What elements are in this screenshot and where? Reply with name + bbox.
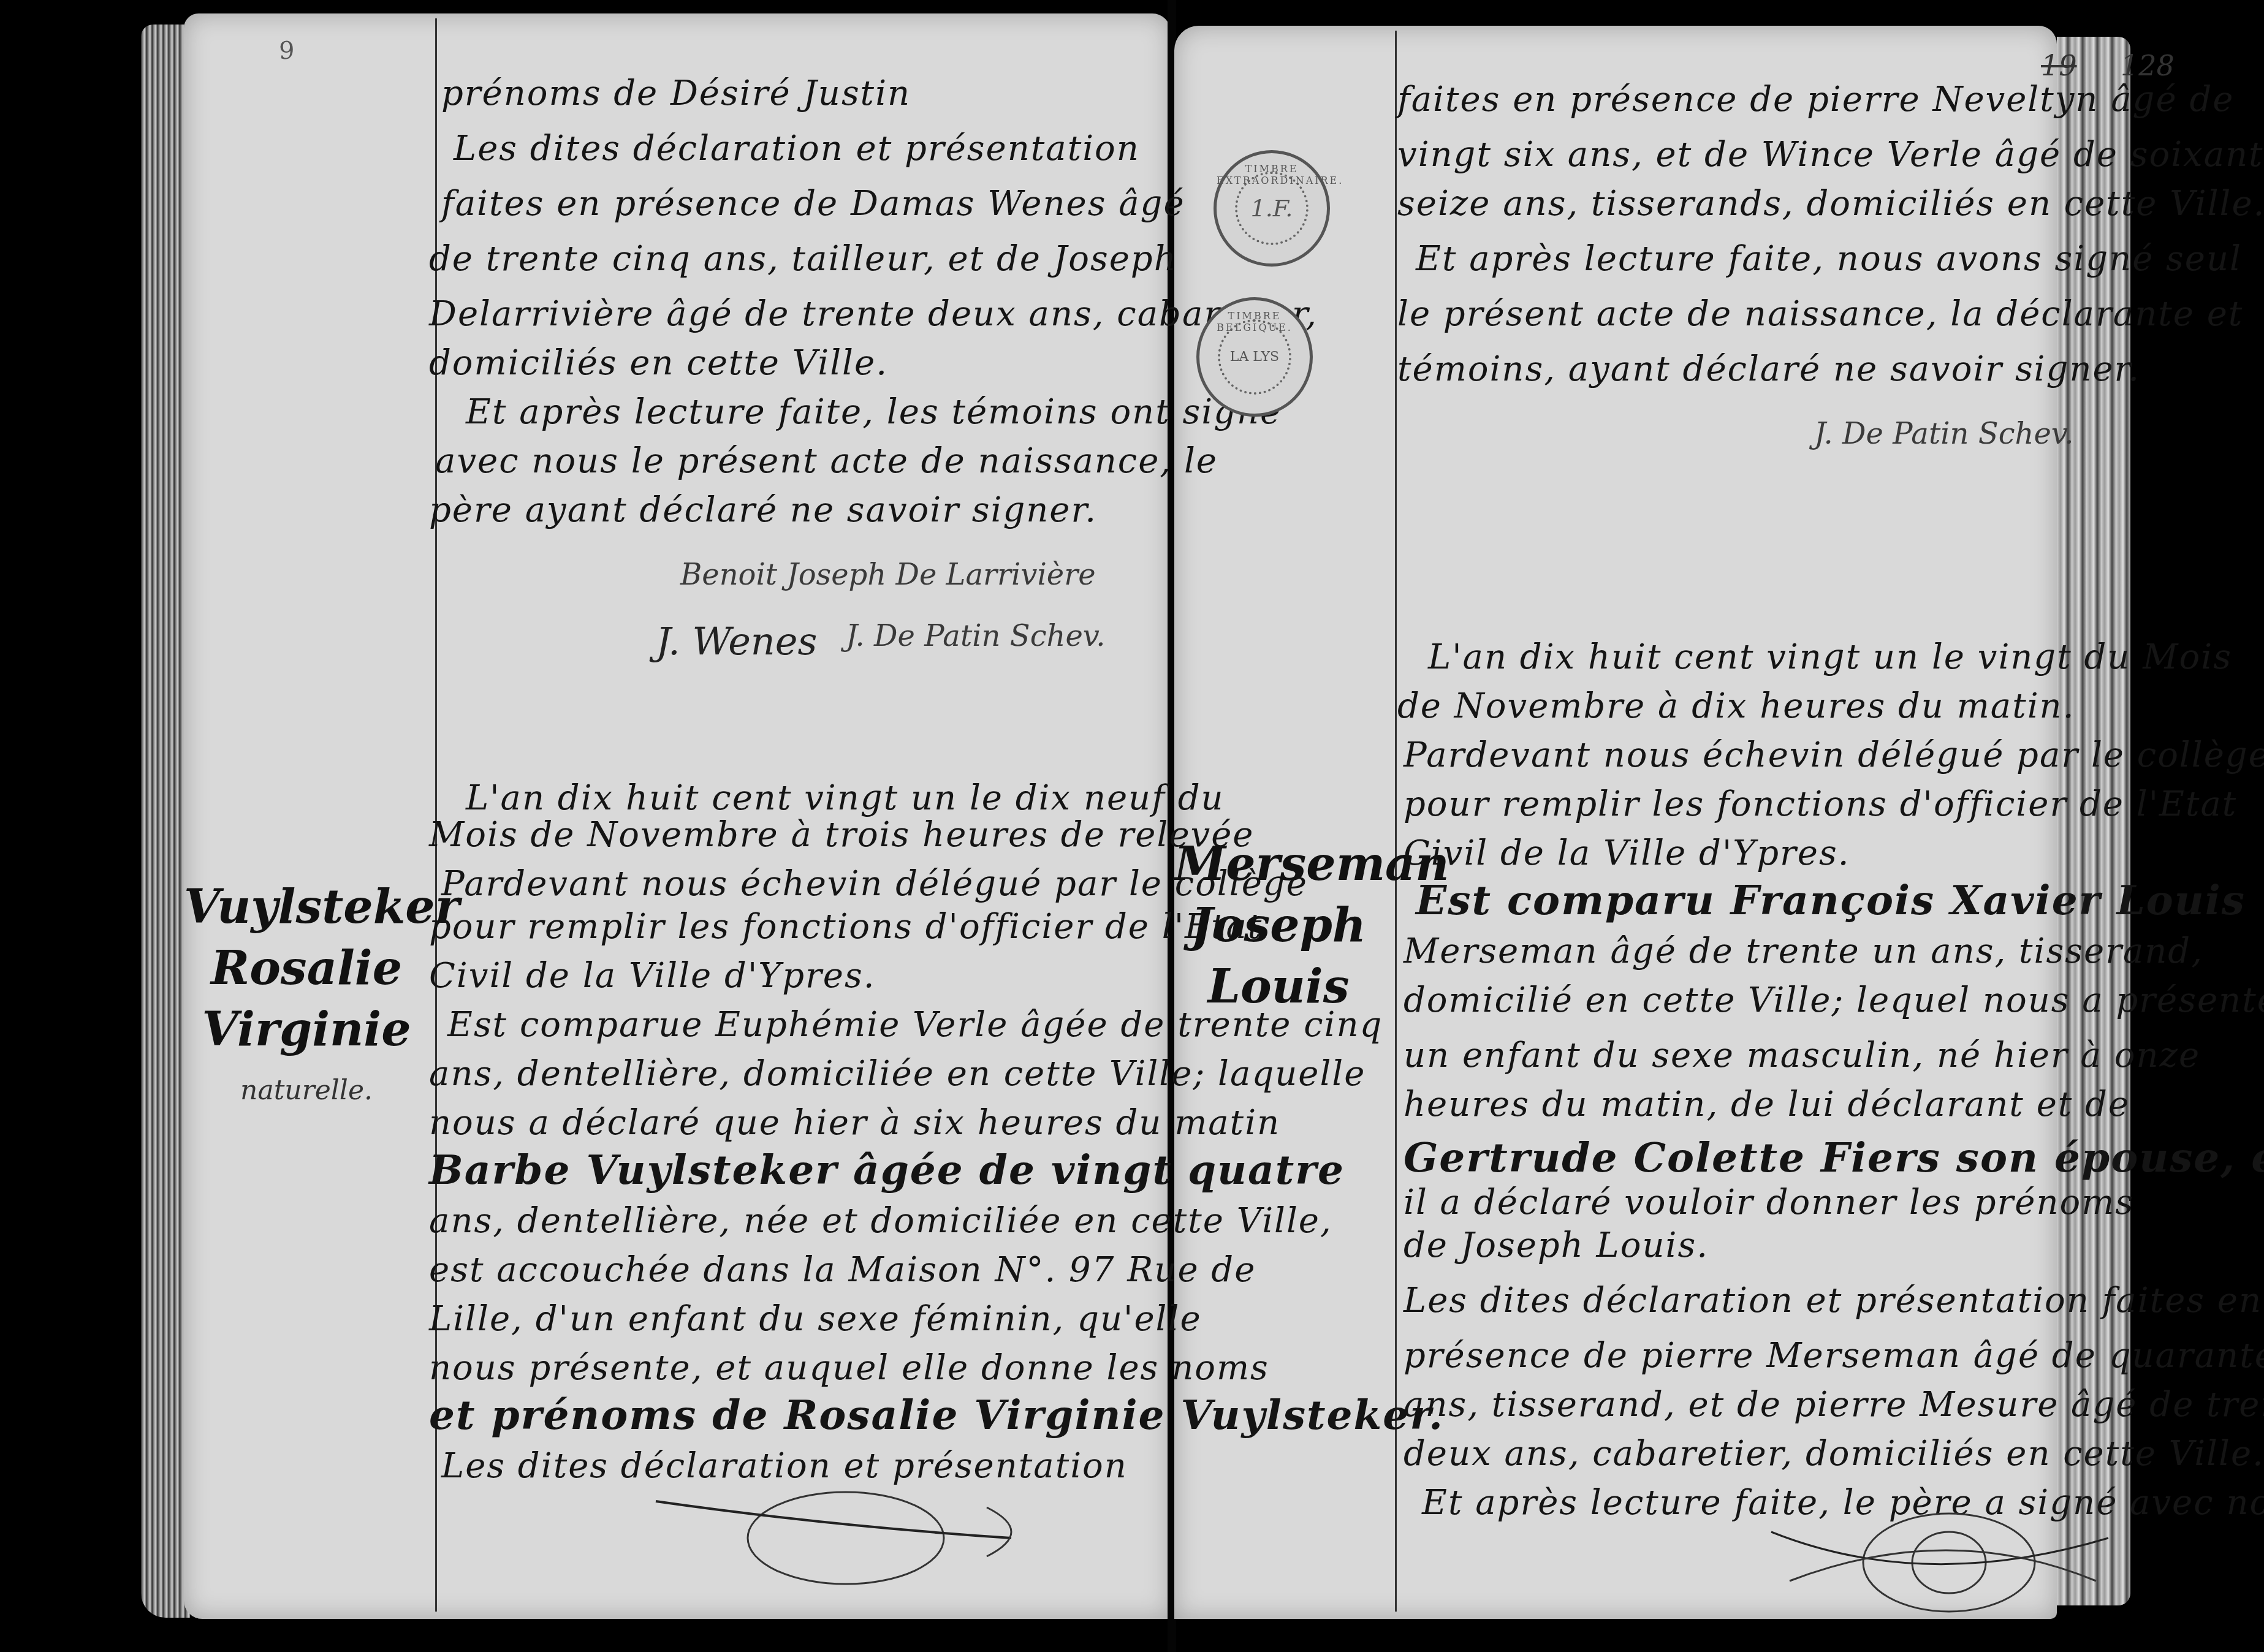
text-line: seize ans, tisserands, domiciliés en cet… [1397, 184, 2264, 224]
text-line: domicilié en cette Ville; lequel nous a … [1404, 980, 2264, 1020]
signature-official: J. De Patin Schev. [846, 619, 1106, 653]
tax-stamp-extraordinaire: TIMBRE EXTRAORDINAIRE. 1.F. [1214, 150, 1330, 267]
tax-stamp-belgique: TIMBRE BELGIQUE. LA LYS [1196, 297, 1313, 417]
text-line: père ayant déclaré ne savoir signer. [429, 490, 1097, 530]
stamp-value: LA LYS [1230, 349, 1279, 365]
book-page-edges-left [141, 25, 190, 1618]
text-line: pour remplir les fonctions d'officier de… [1404, 784, 2237, 824]
stamp-ring-text: TIMBRE EXTRAORDINAIRE. [1217, 163, 1327, 186]
text-line: faites en présence de Damas Wenes âgé [441, 184, 1185, 224]
text-line: Lille, d'un enfant du sexe féminin, qu'e… [429, 1299, 1202, 1339]
text-line: deux ans, cabaretier, domiciliés en cett… [1404, 1434, 2264, 1474]
text-line: nous présente, et auquel elle donne les … [429, 1348, 1269, 1388]
text-line: de Joseph Louis. [1404, 1226, 1709, 1265]
text-line: le présent acte de naissance, la déclara… [1397, 294, 2243, 334]
text-line: ans, dentellière, domiciliée en cette Vi… [429, 1054, 1366, 1094]
text-line: pour remplir les fonctions d'officier de… [429, 907, 1263, 947]
text-line: ans, tisserand, et de pierre Mesure âgé … [1404, 1385, 2264, 1425]
text-line: Mois de Novembre à trois heures de relev… [429, 815, 1254, 855]
text-line: Les dites déclaration et présentation fa… [1404, 1281, 2262, 1320]
stamp-value: 1.F. [1251, 195, 1293, 222]
pencil-mark: 9 [279, 37, 294, 65]
margin-name-entry-vuylsteker: Vuylsteker Rosalie Virginie naturelle. [184, 876, 429, 1121]
text-line: Civil de la Ville d'Ypres. [429, 956, 876, 996]
text-line: et prénoms de Rosalie Virginie Vuylsteke… [429, 1391, 1444, 1439]
signature-official: J. De Patin Schev. [1814, 417, 2074, 451]
text-line: faites en présence de pierre Neveltyn âg… [1397, 80, 2234, 119]
text-line: Les dites déclaration et présentation [454, 129, 1140, 169]
margin-name-entry-merseman: Merseman Joseph Louis [1174, 833, 1383, 1017]
text-line: nous a déclaré que hier à six heures du … [429, 1103, 1280, 1143]
text-line: témoins, ayant déclaré ne savoir signer. [1397, 349, 2140, 389]
signature-flourish [1765, 1495, 2133, 1630]
text-line: ans, dentellière, née et domiciliée en c… [429, 1201, 1332, 1241]
margin-surname: Vuylsteker [184, 876, 429, 938]
margin-given-name: Rosalie [184, 938, 429, 999]
text-line: Civil de la Ville d'Ypres. [1404, 833, 1850, 873]
margin-note: naturelle. [184, 1060, 429, 1121]
text-line: prénoms de Désiré Justin [441, 74, 911, 113]
text-line: Gertrude Colette Fiers son épouse, et au… [1404, 1134, 2264, 1181]
text-line: L'an dix huit cent vingt un le vingt du … [1428, 637, 2232, 677]
folio-number: 128 [2121, 49, 2175, 82]
text-line: de trente cinq ans, tailleur, et de Jose… [429, 239, 1177, 279]
text-line: Et après lecture faite, les témoins ont … [466, 392, 1282, 432]
right-margin-rule [1395, 31, 1397, 1612]
margin-given-name: Joseph [1174, 895, 1383, 956]
text-line: domiciliés en cette Ville. [429, 343, 888, 383]
text-line: Barbe Vuylsteker âgée de vingt quatre [429, 1146, 1345, 1194]
text-line: est accouchée dans la Maison N°. 97 Rue … [429, 1250, 1256, 1290]
folio-struck: 19 [2041, 49, 2077, 82]
signature-witness-1: Benoit Joseph De Larrivière [680, 558, 1096, 592]
margin-surname: Merseman [1174, 833, 1383, 895]
text-line: Est comparu François Xavier Louis [1416, 876, 2246, 924]
signature-witness-2: J. Wenes [656, 619, 817, 664]
signature-flourish [644, 1471, 1073, 1593]
text-line: Pardevant nous échevin délégué par le co… [1404, 735, 2264, 775]
text-line: Et après lecture faite, nous avons signé… [1416, 239, 2242, 279]
text-line: un enfant du sexe masculin, né hier à on… [1404, 1036, 2200, 1075]
text-line: heures du matin, de lui déclarant et de [1404, 1085, 2130, 1124]
text-line: présence de pierre Merseman âgé de quara… [1404, 1336, 2264, 1376]
stamp-ring-text: TIMBRE BELGIQUE. [1199, 310, 1310, 333]
margin-given-name: Virginie [184, 999, 429, 1060]
text-line: Merseman âgé de trente un ans, tisserand… [1404, 931, 2203, 971]
text-line: Delarrivière âgé de trente deux ans, cab… [429, 294, 1318, 334]
text-line: vingt six ans, et de Wince Verle âgé de … [1397, 135, 2264, 175]
text-line: de Novembre à dix heures du matin. [1397, 686, 2075, 726]
margin-given-name: Louis [1174, 956, 1383, 1017]
text-line: L'an dix huit cent vingt un le dix neuf … [466, 778, 1225, 818]
text-line: il a déclaré vouloir donner les prénoms [1404, 1183, 2134, 1222]
text-line: avec nous le présent acte de naissance, … [435, 441, 1218, 481]
